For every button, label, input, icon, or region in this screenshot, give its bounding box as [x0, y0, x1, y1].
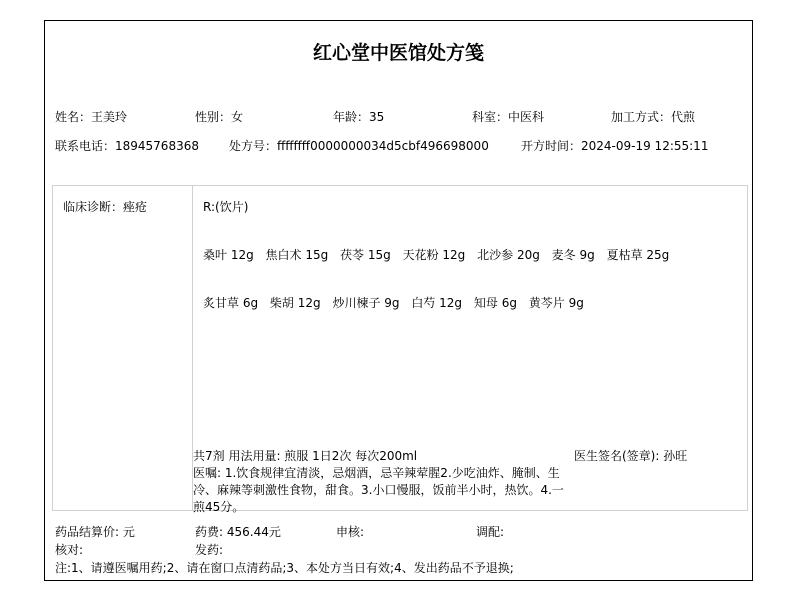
- drug-fee: 药费: 456.44元: [195, 523, 281, 540]
- prescription-box: 临床诊断：痤疮 R:(饮片) 桑叶 12g 焦白术 15g 茯苓 15g 天花粉…: [52, 185, 748, 511]
- herb-item: 茯苓 15g: [340, 248, 391, 262]
- herb-item: 白芍 12g: [411, 296, 462, 310]
- herb-item: 麦冬 9g: [552, 248, 595, 262]
- herb-item: 夏枯草 25g: [607, 248, 670, 262]
- herb-item: 北沙参 20g: [477, 248, 540, 262]
- footer-notes: 注:1、请遵医嘱用药;2、请在窗口点清药品;3、本处方当日有效;4、发出药品不予…: [55, 559, 514, 576]
- herb-item: 黄芩片 9g: [529, 296, 584, 310]
- herb-item: 天花粉 12g: [403, 248, 466, 262]
- patient-name: 姓名：王美玲: [55, 108, 127, 125]
- medical-advice: 医嘱: 1.饮食规律宜清淡，忌烟酒，忌辛辣荤腥2.少吃油炸、腌制、生冷、麻辣等刺…: [193, 465, 573, 516]
- herb-line-2: 炙甘草 6g 柴胡 12g 炒川楝子 9g 白芍 12g 知母 6g 黄芩片 9…: [203, 294, 592, 311]
- herb-item: 桑叶 12g: [203, 248, 254, 262]
- diagnosis-column: 临床诊断：痤疮: [53, 186, 193, 510]
- check-field: 核对:: [55, 541, 83, 558]
- processing-method: 加工方式：代煎: [611, 108, 695, 125]
- review-field: 申核:: [336, 523, 364, 540]
- prescription-sheet: 红心堂中医馆处方笺 姓名：王美玲 性别：女 年龄：35 科室：中医科 加工方式：…: [44, 20, 753, 581]
- herb-item: 炙甘草 6g: [203, 296, 258, 310]
- page-title: 红心堂中医馆处方笺: [45, 38, 752, 65]
- herb-item: 焦白术 15g: [266, 248, 329, 262]
- patient-gender: 性别：女: [195, 108, 243, 125]
- dispense-field: 调配:: [476, 523, 504, 540]
- herb-item: 柴胡 12g: [270, 296, 321, 310]
- department: 科室：中医科: [472, 108, 544, 125]
- rx-label: R:(饮片): [203, 198, 248, 215]
- doctor-signature: 医生签名(签章): 孙旺: [574, 447, 687, 464]
- issue-time: 开方时间：2024-09-19 12:55:11: [521, 137, 708, 154]
- herb-item: 知母 6g: [474, 296, 517, 310]
- herb-line-1: 桑叶 12g 焦白术 15g 茯苓 15g 天花粉 12g 北沙参 20g 麦冬…: [203, 246, 677, 263]
- issue-drug-field: 发药:: [195, 541, 223, 558]
- phone-number: 联系电话：18945768368: [55, 137, 199, 154]
- settlement-price: 药品结算价: 元: [55, 523, 135, 540]
- usage-dosage: 共7剂 用法用量: 煎服 1日2次 每次200ml: [193, 447, 417, 464]
- patient-age: 年龄：35: [333, 108, 384, 125]
- clinical-diagnosis: 临床诊断：痤疮: [63, 198, 147, 215]
- herb-item: 炒川楝子 9g: [332, 296, 399, 310]
- prescription-number: 处方号：ffffffff0000000034d5cbf496698000: [229, 137, 489, 154]
